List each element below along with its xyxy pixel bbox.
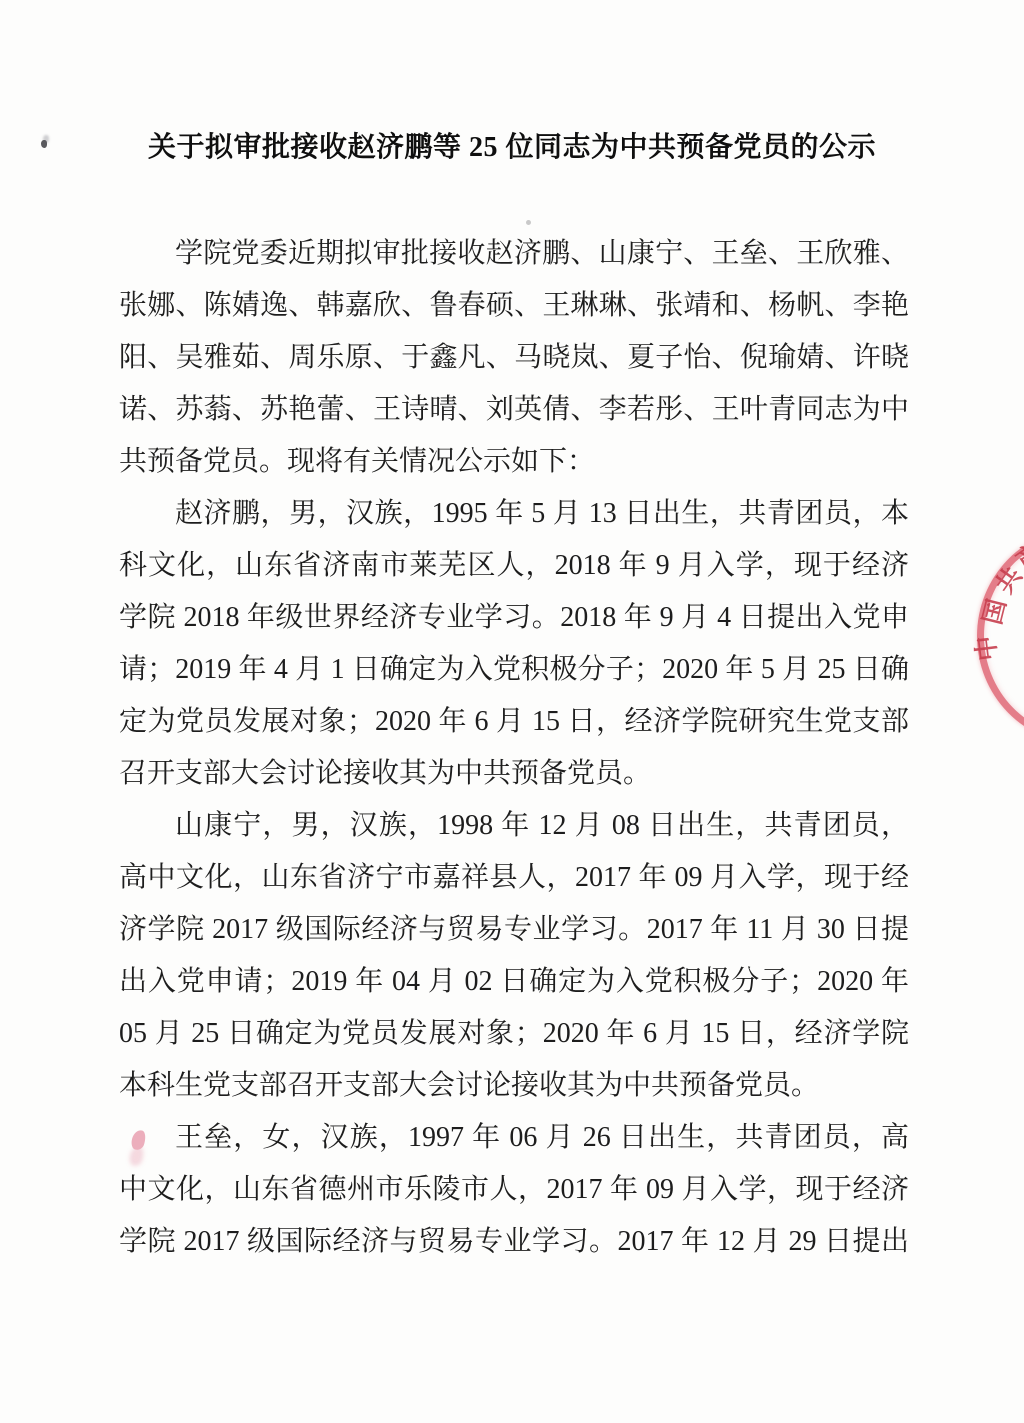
text-line: 诺、苏蓊、苏艳蕾、王诗晴、刘英倩、李若彤、王叶青同志为中 — [119, 384, 909, 436]
text-line: 阳、吴雅茹、周乐原、于鑫凡、马晓岚、夏子怡、倪瑜婧、许晓 — [119, 332, 909, 384]
text-line: 学院 2018 年级世界经济专业学习。2018 年 9 月 4 日提出入党申 — [119, 592, 909, 644]
text-line: 召开支部大会讨论接收其为中共预备党员。 — [119, 748, 909, 800]
document-page: 关于拟审批接收赵济鹏等 25 位同志为中共预备党员的公示 学院党委近期拟审批接收… — [0, 0, 1024, 1423]
text-line: 中文化，山东省德州市乐陵市人，2017 年 09 月入学，现于经济 — [119, 1164, 909, 1216]
text-line: 学院 2017 级国际经济与贸易专业学习。2017 年 12 月 29 日提出 — [119, 1216, 909, 1268]
text-line: 济学院 2017 级国际经济与贸易专业学习。2017 年 11 月 30 日提 — [119, 904, 909, 956]
text-line: 高中文化，山东省济宁市嘉祥县人，2017 年 09 月入学，现于经 — [119, 852, 909, 904]
text-line: 出入党申请；2019 年 04 月 02 日确定为入党积极分子；2020 年 — [119, 956, 909, 1008]
text-line: 本科生党支部召开支部大会讨论接收其为中共预备党员。 — [119, 1060, 909, 1112]
text-line: 05 月 25 日确定为党员发展对象；2020 年 6 月 15 日，经济学院 — [119, 1008, 909, 1060]
document-title: 关于拟审批接收赵济鹏等 25 位同志为中共预备党员的公示 — [0, 126, 1024, 170]
text-line: 王垒，女，汉族，1997 年 06 月 26 日出生，共青团员，高 — [119, 1112, 909, 1164]
scan-speck — [41, 140, 47, 148]
seal-character: 中 — [974, 634, 1003, 663]
text-line: 共预备党员。现将有关情况公示如下： — [119, 436, 909, 488]
document-body: 学院党委近期拟审批接收赵济鹏、山康宁、王垒、王欣雅、张娜、陈婧逸、韩嘉欣、鲁春硕… — [119, 228, 909, 1268]
scan-speck — [526, 220, 531, 225]
text-line: 请；2019 年 4 月 1 日确定为入党积极分子；2020 年 5 月 25 … — [119, 644, 909, 696]
text-line: 山康宁，男，汉族，1998 年 12 月 08 日出生，共青团员， — [119, 800, 909, 852]
text-line: 定为党员发展对象；2020 年 6 月 15 日，经济学院研究生党支部 — [119, 696, 909, 748]
text-line: 学院党委近期拟审批接收赵济鹏、山康宁、王垒、王欣雅、 — [119, 228, 909, 280]
text-line: 科文化，山东省济南市莱芜区人，2018 年 9 月入学，现于经济 — [119, 540, 909, 592]
official-seal: 中国共产 — [977, 528, 1024, 744]
text-line: 赵济鹏，男，汉族，1995 年 5 月 13 日出生，共青团员，本 — [119, 488, 909, 540]
text-line: 张娜、陈婧逸、韩嘉欣、鲁春硕、王琳琳、张靖和、杨帆、李艳 — [119, 280, 909, 332]
